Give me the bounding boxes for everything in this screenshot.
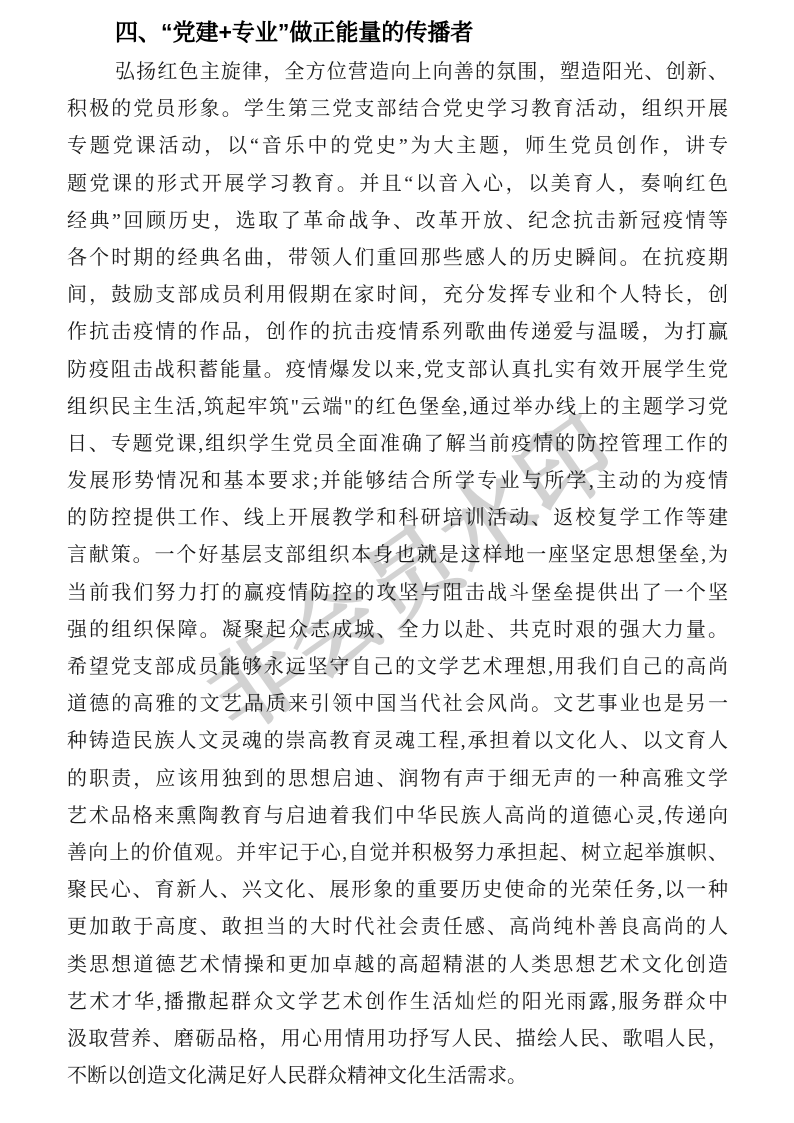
paragraph-line: 善向上的价值观。并牢记于心,自觉并积极努力承担起、树立起举旗帜、 <box>67 835 728 872</box>
paragraph-line: 道德的高雅的文艺品质来引领中国当代社会风尚。文艺事业也是另一 <box>67 686 728 723</box>
paragraph-line: 防疫阻击战积蓄能量。疫情爆发以来,党支部认真扎实有效开展学生党 <box>67 352 728 389</box>
paragraph-line: 题党课的形式开展学习教育。并且“以音入心，以美育人，奏响红色 <box>67 166 728 203</box>
paragraph-line: 的防控提供工作、线上开展教学和科研培训活动、返校复学工作等建 <box>67 500 728 537</box>
body-paragraph: 弘扬红色主旋律，全方位营造向上向善的氛围，塑造阳光、创新、积极的党员形象。学生第… <box>67 54 728 1095</box>
paragraph-line: 汲取营养、磨砺品格，用心用情用功抒写人民、描绘人民、歌唱人民， <box>67 1021 728 1058</box>
paragraph-line: 聚民心、育新人、兴文化、展形象的重要历史使命的光荣任务,以一种 <box>67 872 728 909</box>
paragraph-line: 日、专题党课,组织学生党员全面准确了解当前疫情的防控管理工作的 <box>67 426 728 463</box>
paragraph-line: 言献策。一个好基层支部组织本身也就是这样地一座坚定思想堡垒,为 <box>67 537 728 574</box>
paragraph-line: 希望党支部成员能够永远坚守自己的文学艺术理想,用我们自己的高尚 <box>67 649 728 686</box>
section-heading: 四、“党建+专业”做正能量的传播者 <box>67 16 728 48</box>
paragraph-line: 种铸造民族人文灵魂的崇高教育灵魂工程,承担着以文化人、以文育人 <box>67 723 728 760</box>
paragraph-line: 类思想道德艺术情操和更加卓越的高超精湛的人类思想艺术文化创造 <box>67 947 728 984</box>
paragraph-line: 艺术品格来熏陶教育与启迪着我们中华民族人高尚的道德心灵,传递向 <box>67 798 728 835</box>
paragraph-line: 弘扬红色主旋律，全方位营造向上向善的氛围，塑造阳光、创新、 <box>67 54 728 91</box>
paragraph-line: 的职责，应该用独到的思想启迪、润物有声于细无声的一种高雅文学 <box>67 761 728 798</box>
paragraph-line: 强的组织保障。凝聚起众志成城、全力以赴、共克时艰的强大力量。 <box>67 612 728 649</box>
page-content: 四、“党建+专业”做正能量的传播者 弘扬红色主旋律，全方位营造向上向善的氛围，塑… <box>67 16 728 1095</box>
paragraph-line: 积极的党员形象。学生第三党支部结合党史学习教育活动，组织开展 <box>67 91 728 128</box>
paragraph-line: 作抗击疫情的作品，创作的抗击疫情系列歌曲传递爱与温暖，为打赢 <box>67 314 728 351</box>
paragraph-line: 发展形势情况和基本要求;并能够结合所学专业与所学,主动的为疫情 <box>67 463 728 500</box>
paragraph-line: 组织民主生活,筑起牢筑"云端"的红色堡垒,通过举办线上的主题学习党 <box>67 389 728 426</box>
paragraph-line: 更加敢于高度、敢担当的大时代社会责任感、高尚纯朴善良高尚的人 <box>67 909 728 946</box>
paragraph-line: 经典”回顾历史，选取了革命战争、改革开放、纪念抗击新冠疫情等 <box>67 203 728 240</box>
paragraph-line: 当前我们努力打的赢疫情防控的攻坚与阻击战斗堡垒提供出了一个坚 <box>67 575 728 612</box>
paragraph-line: 不断以创造文化满足好人民群众精神文化生活需求。 <box>67 1058 728 1095</box>
paragraph-line: 专题党课活动，以“音乐中的党史”为大主题，师生党员创作，讲专 <box>67 128 728 165</box>
paragraph-line: 各个时期的经典名曲，带领人们重回那些感人的历史瞬间。在抗疫期 <box>67 240 728 277</box>
document-page: 非会员水印 四、“党建+专业”做正能量的传播者 弘扬红色主旋律，全方位营造向上向… <box>0 0 794 1123</box>
paragraph-line: 间，鼓励支部成员利用假期在家时间，充分发挥专业和个人特长，创 <box>67 277 728 314</box>
paragraph-line: 艺术才华,播撒起群众文学艺术创作生活灿烂的阳光雨露,服务群众中 <box>67 984 728 1021</box>
